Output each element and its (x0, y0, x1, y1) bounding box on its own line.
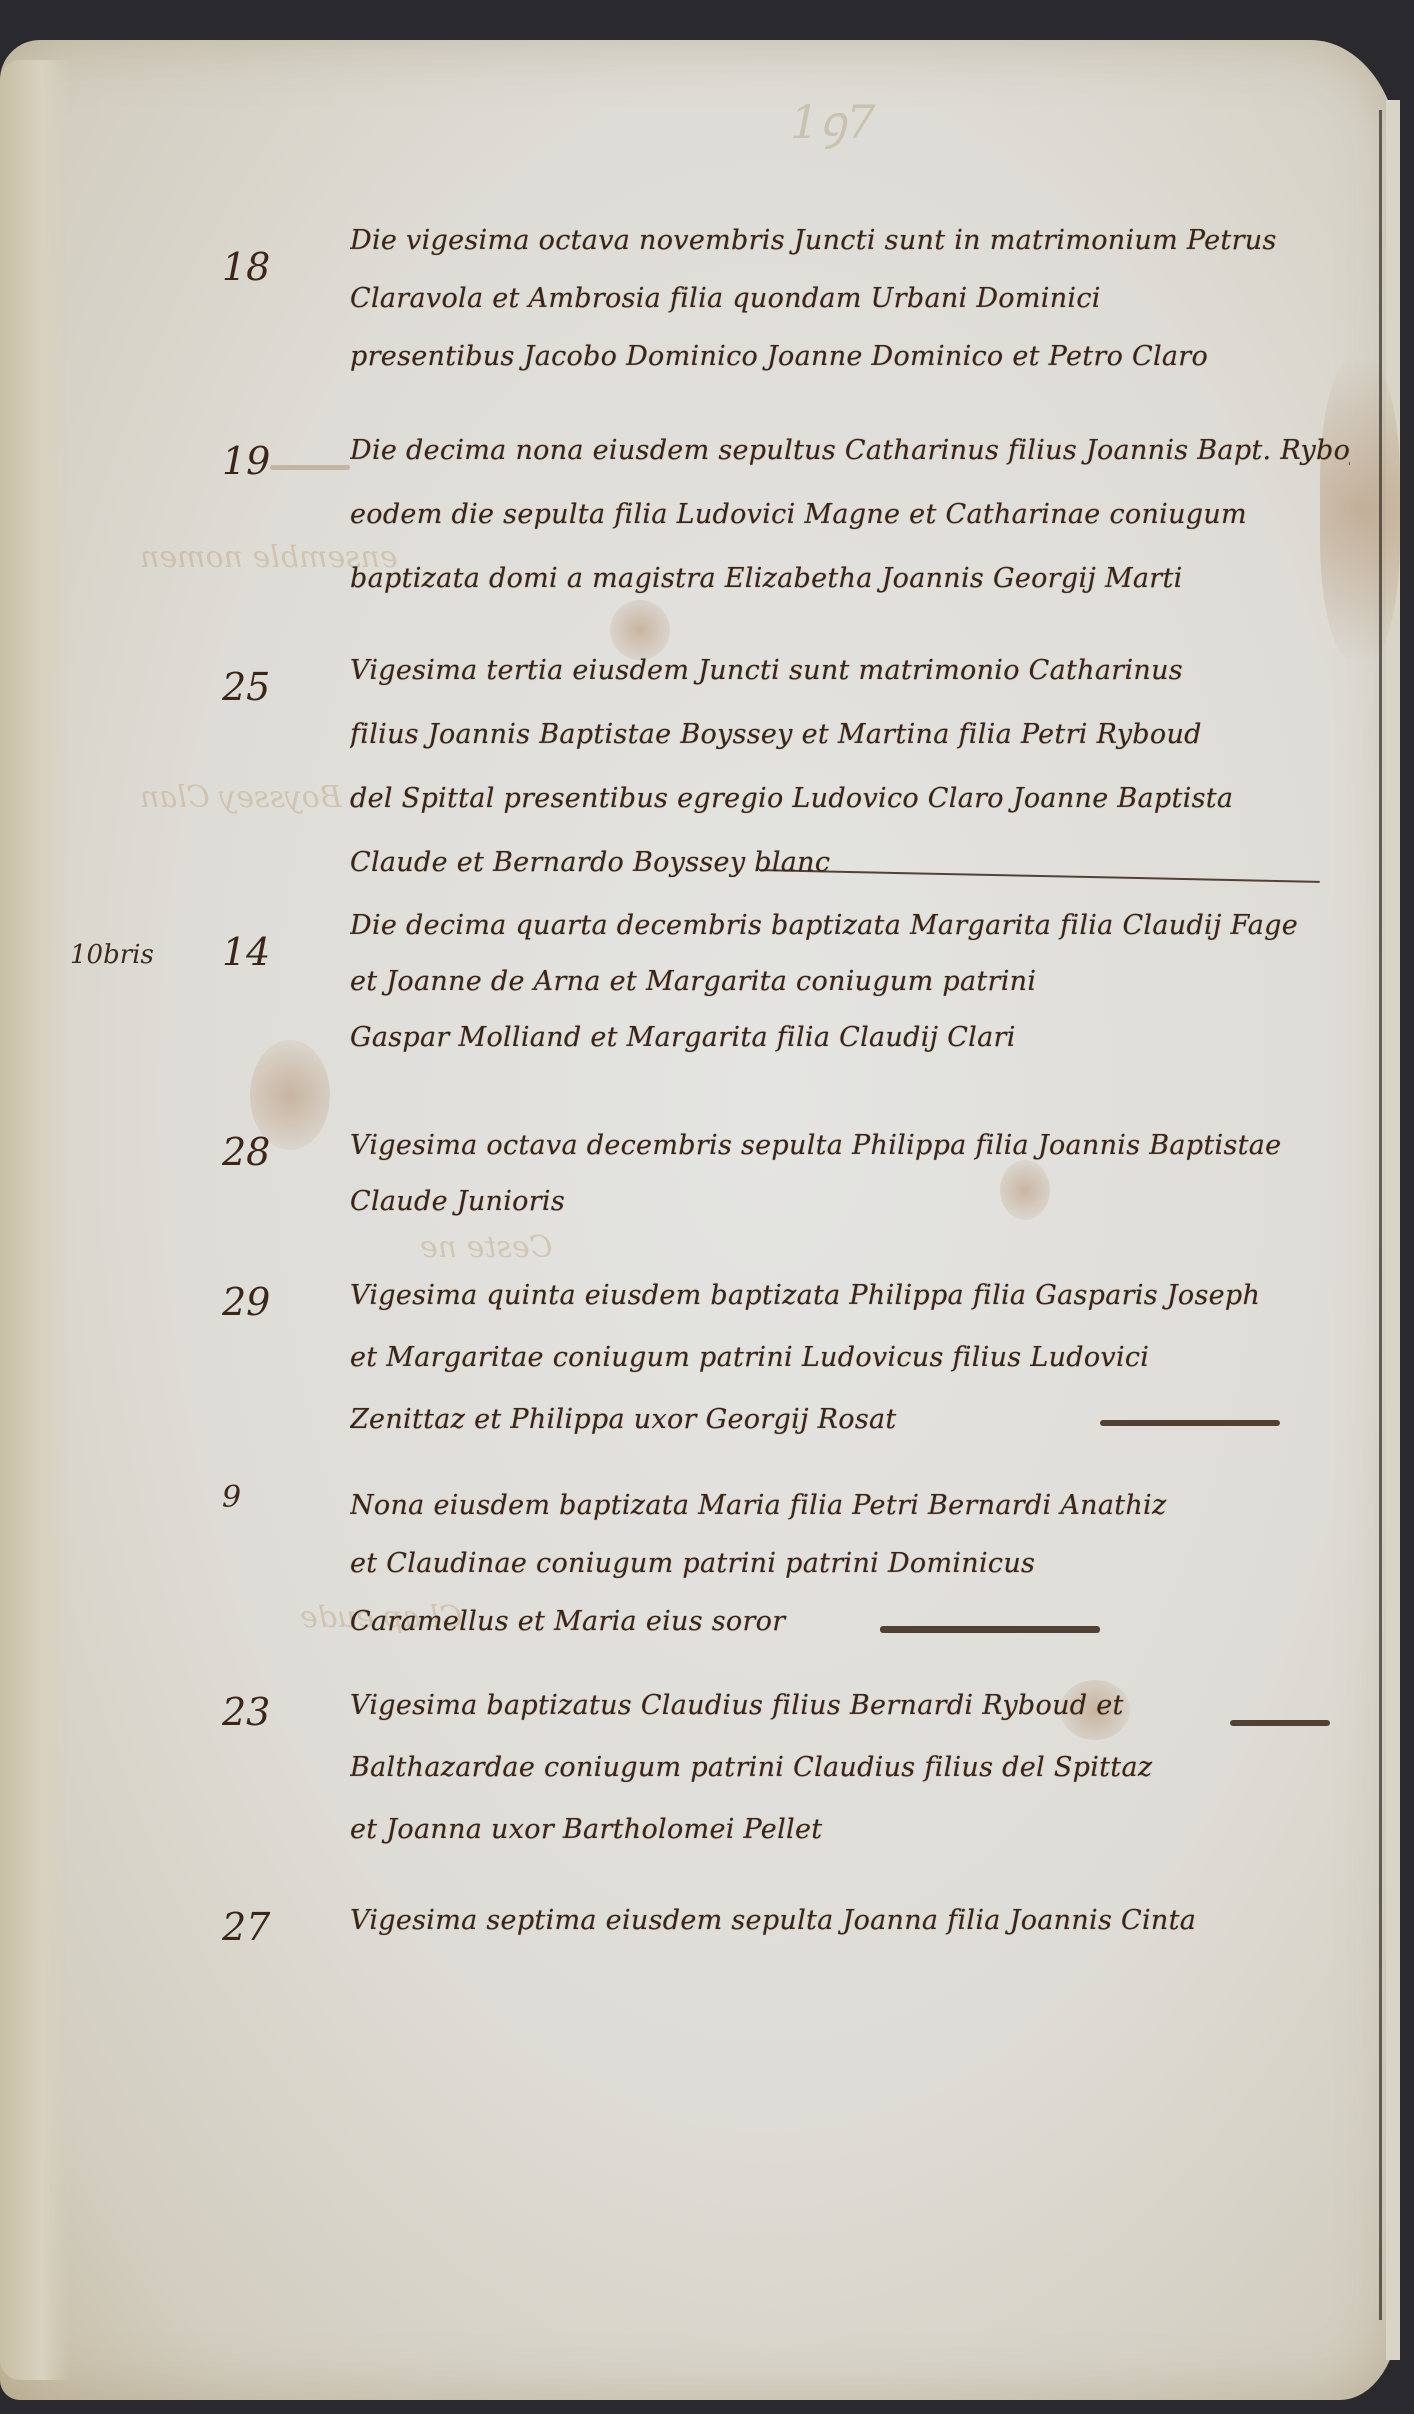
entry-line: Vigesima septima eiusdem sepulta Joanna … (350, 1905, 1350, 1936)
entry-line: baptizata domi a magistra Elizabetha Joa… (350, 563, 1350, 594)
entry-line: Die decima quarta decembris baptizata Ma… (350, 910, 1350, 941)
entry-line: Caramellus et Maria eius soror (350, 1606, 1350, 1637)
entry-line: Gaspar Molliand et Margarita filia Claud… (350, 1022, 1350, 1053)
entry-line: et Joanne de Arna et Margarita coniugum … (350, 966, 1350, 997)
entry-day: 9 (222, 1480, 241, 1515)
ink-flourish (1100, 1420, 1280, 1426)
entry-line: Die decima nona eiusdem sepultus Cathari… (350, 435, 1350, 466)
ink-flourish (1230, 1720, 1330, 1726)
entry-line: Nona eiusdem baptizata Maria filia Petri… (350, 1490, 1350, 1521)
entry-day: 27 (222, 1905, 270, 1949)
entry-line: filius Joannis Baptistae Boyssey et Mart… (350, 719, 1350, 750)
ink-flourish (270, 465, 350, 470)
entry-line: Balthazardae coniugum patrini Claudius f… (350, 1752, 1350, 1783)
entry-line: et Joanna uxor Bartholomei Pellet (350, 1814, 1350, 1845)
entry-line: eodem die sepulta filia Ludovici Magne e… (350, 499, 1350, 530)
entry-line: Claude et Bernardo Boyssey blanc (350, 847, 1350, 878)
entry-line: del Spittal presentibus egregio Ludovico… (350, 783, 1350, 814)
entry-line: presentibus Jacobo Dominico Joanne Domin… (350, 341, 1350, 372)
entry-day: 29 (222, 1280, 270, 1324)
entry-line: Claude Junioris (350, 1186, 1350, 1217)
entry-day: 28 (222, 1130, 270, 1174)
entry-line: Vigesima quinta eiusdem baptizata Philip… (350, 1280, 1350, 1311)
bleed-through: Boyssey Clan (140, 780, 342, 815)
top-faint-mark: 1ꝯ7 (790, 90, 876, 152)
bleed-through: Ceste ne (420, 1230, 553, 1265)
entry-line: Vigesima tertia eiusdem Juncti sunt matr… (350, 655, 1350, 686)
entry-line: Vigesima octava decembris sepulta Philip… (350, 1130, 1350, 1161)
entry-line: et Claudinae coniugum patrini patrini Do… (350, 1548, 1350, 1579)
entry-day: 18 (222, 245, 270, 289)
manuscript-page: 1ꝯ7 ensemble nomen Boyssey Clan Ceste ne… (0, 40, 1400, 2400)
entry-line: et Margaritae coniugum patrini Ludovicus… (350, 1342, 1350, 1373)
ink-stain (610, 600, 670, 660)
entry-line: Die vigesima octava novembris Juncti sun… (350, 225, 1350, 256)
entry-day: 23 (222, 1690, 270, 1734)
entry-day: 14 (222, 930, 270, 974)
ink-flourish (880, 1626, 1100, 1633)
entry-line: Claravola et Ambrosia filia quondam Urba… (350, 283, 1350, 314)
entry-day: 19 (222, 439, 270, 483)
entry-day: 25 (222, 665, 270, 709)
margin-note-month: 10bris (70, 940, 154, 970)
entry-line: Vigesima baptizatus Claudius filius Bern… (350, 1690, 1350, 1721)
